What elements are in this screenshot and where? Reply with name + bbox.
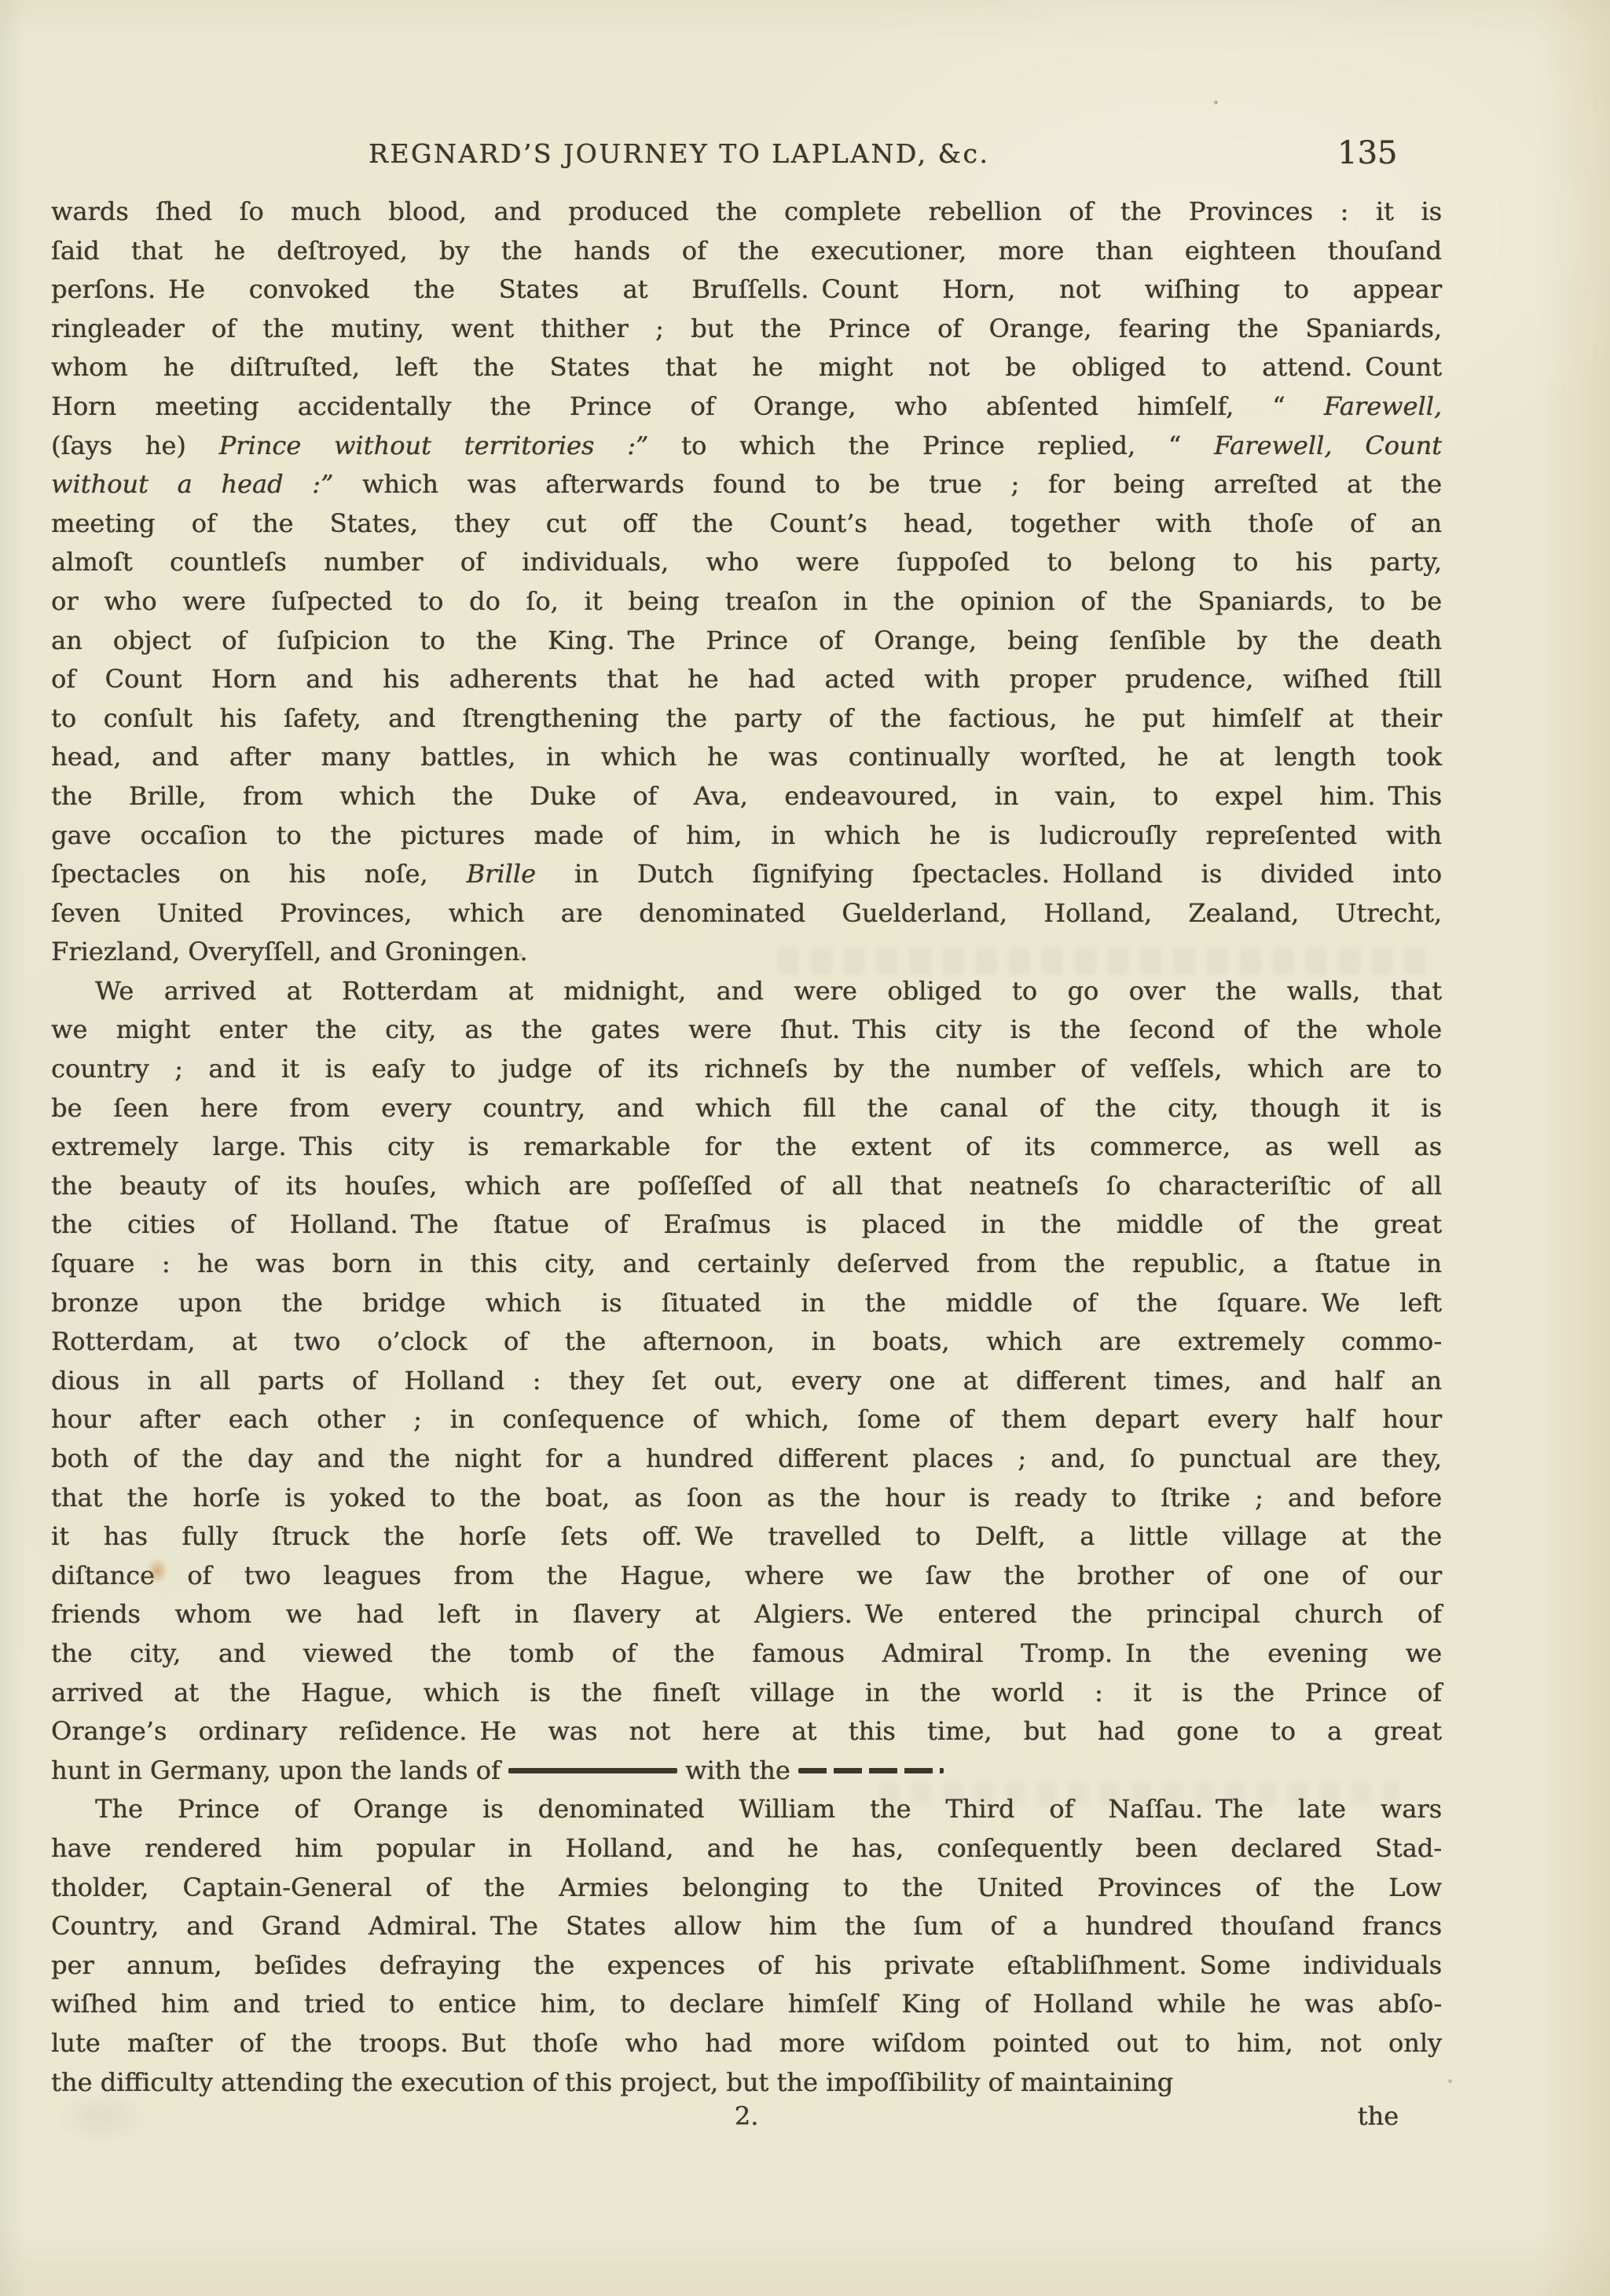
- text-line: almoſt countleſs number of individuals, …: [51, 543, 1442, 582]
- text-line: to conſult his ſafety, and ſtrengthening…: [51, 699, 1442, 739]
- text-run: extremely large. This city is remarkable…: [51, 1131, 1442, 1161]
- text-block: wards ſhed ſo much blood, and produced t…: [51, 193, 1442, 2102]
- text-run: which was afterwards found to be true ; …: [333, 469, 1442, 499]
- text-run: Horn meeting accidentally the Prince of …: [51, 391, 1324, 421]
- italic-text: Farewell, Count: [1214, 431, 1442, 460]
- text-run: Orange’s ordinary reſidence. He was not …: [51, 1716, 1442, 1746]
- text-run: arrived at the Hague, which is the fineſ…: [51, 1678, 1442, 1707]
- text-line: we might enter the city, as the gates we…: [51, 1010, 1442, 1050]
- text-run: to conſult his ſafety, and ſtrengthening…: [51, 703, 1442, 733]
- text-run: lute maſter of the troops. But thoſe who…: [51, 2028, 1442, 2058]
- italic-text: Prince without territories :”: [219, 431, 649, 460]
- text-run: with the: [677, 1755, 798, 1785]
- text-line: Horn meeting accidentally the Prince of …: [51, 387, 1442, 427]
- text-line: extremely large. This city is remarkable…: [51, 1128, 1442, 1167]
- footer-line: 2. the: [51, 2096, 1442, 2136]
- text-line: (ſays he) Prince without territories :” …: [51, 427, 1442, 466]
- text-line: or who were ſuſpected to do ſo, it being…: [51, 582, 1442, 622]
- text-run: hour after each other ; in conſequence o…: [51, 1404, 1442, 1434]
- text-run: have rendered him popular in Holland, an…: [51, 1833, 1442, 1863]
- text-run: wards ſhed ſo much blood, and produced t…: [51, 196, 1442, 226]
- text-line: bronze upon the bridge which is ſituated…: [51, 1284, 1442, 1323]
- text-run: country ; and it is eaſy to judge of its…: [51, 1054, 1442, 1084]
- text-run: ſaid that he deſtroyed, by the hands of …: [51, 236, 1442, 266]
- text-line: meeting of the States, they cut off the …: [51, 504, 1442, 544]
- text-line: arrived at the Hague, which is the fineſ…: [51, 1674, 1442, 1713]
- text-run: dious in all parts of Holland : they ſet…: [51, 1366, 1442, 1396]
- text-line: ſpectacles on his noſe, Brille in Dutch …: [51, 855, 1442, 894]
- text-run: perſons. He convoked the States at Bruſſ…: [51, 274, 1442, 304]
- text-run: The Prince of Orange is denominated Will…: [95, 1794, 1442, 1824]
- text-line: it has fully ſtruck the horſe ſets off. …: [51, 1517, 1442, 1557]
- text-line: that the horſe is yoked to the boat, as …: [51, 1479, 1442, 1518]
- text-run: or who were ſuſpected to do ſo, it being…: [51, 586, 1442, 616]
- text-run: ſeven United Provinces, which are denomi…: [51, 898, 1442, 928]
- text-line: without a head :” which was afterwards f…: [51, 465, 1442, 504]
- text-line: both of the day and the night for a hund…: [51, 1440, 1442, 1479]
- text-run: tholder, Captain-General of the Armies b…: [51, 1872, 1442, 1902]
- text-line: of Count Horn and his adherents that he …: [51, 660, 1442, 699]
- text-run: meeting of the States, they cut off the …: [51, 508, 1442, 538]
- running-head: REGNARD’S JOURNEY TO LAPLAND, &c. 135: [0, 0, 1610, 189]
- catchword: the: [1358, 2096, 1399, 2136]
- text-line: Friezland, Overyſſell, and Groningen.: [51, 933, 1442, 972]
- text-line: an object of ſuſpicion to the King. The …: [51, 622, 1442, 661]
- redaction-dash: [798, 1768, 944, 1773]
- text-line: dious in all parts of Holland : they ſet…: [51, 1362, 1442, 1401]
- text-run: diſtance of two leagues from the Hague, …: [51, 1561, 1442, 1590]
- text-run: of Count Horn and his adherents that he …: [51, 664, 1442, 694]
- text-line: diſtance of two leagues from the Hague, …: [51, 1557, 1442, 1596]
- text-line: ſquare : he was born in this city, and c…: [51, 1245, 1442, 1284]
- text-line: per annum, beſides defraying the expence…: [51, 1946, 1442, 1986]
- text-line: gave occaſion to the pictures made of hi…: [51, 816, 1442, 856]
- page-number: 135: [1337, 135, 1397, 171]
- text-line: wards ſhed ſo much blood, and produced t…: [51, 193, 1442, 232]
- text-run: whom he diſtruſted, left the States that…: [51, 352, 1442, 382]
- text-run: Friezland, Overyſſell, and Groningen.: [51, 937, 527, 966]
- text-run: friends whom we had left in ſlavery at A…: [51, 1599, 1442, 1629]
- text-run: the difficulty attending the execution o…: [51, 2067, 1173, 2097]
- text-line: ſeven United Provinces, which are denomi…: [51, 894, 1442, 933]
- text-run: ſquare : he was born in this city, and c…: [51, 1249, 1442, 1278]
- text-run: both of the day and the night for a hund…: [51, 1443, 1442, 1473]
- text-line: the cities of Holland. The ſtatue of Era…: [51, 1205, 1442, 1245]
- text-run: the cities of Holland. The ſtatue of Era…: [51, 1209, 1442, 1239]
- text-line: have rendered him popular in Holland, an…: [51, 1829, 1442, 1869]
- text-run: ſpectacles on his noſe,: [51, 859, 466, 889]
- text-run: Rotterdam, at two o’clock of the afterno…: [51, 1326, 1442, 1356]
- text-line: wiſhed him and tried to entice him, to d…: [51, 1985, 1442, 2024]
- text-run: gave occaſion to the pictures made of hi…: [51, 820, 1442, 850]
- text-line: hour after each other ; in conſequence o…: [51, 1400, 1442, 1440]
- running-head-title: REGNARD’S JOURNEY TO LAPLAND, &c.: [369, 138, 989, 169]
- text-line: lute maſter of the troops. But thoſe who…: [51, 2024, 1442, 2063]
- text-line: whom he diſtruſted, left the States that…: [51, 348, 1442, 387]
- text-line: Orange’s ordinary reſidence. He was not …: [51, 1712, 1442, 1751]
- text-run: hunt in Germany, upon the lands of: [51, 1755, 508, 1785]
- paper-speck: [1214, 101, 1218, 105]
- text-run: it has fully ſtruck the horſe ſets off. …: [51, 1521, 1442, 1551]
- text-run: (ſays he): [51, 431, 219, 460]
- text-line: the beauty of its houſes, which are poſſ…: [51, 1167, 1442, 1206]
- text-line: the city, and viewed the tomb of the fam…: [51, 1634, 1442, 1674]
- redaction-dash: [508, 1768, 677, 1773]
- text-line: the Brille, from which the Duke of Ava, …: [51, 777, 1442, 816]
- text-line: ſaid that he deſtroyed, by the hands of …: [51, 232, 1442, 271]
- italic-text: Brille: [466, 859, 535, 889]
- text-run: the city, and viewed the tomb of the fam…: [51, 1638, 1442, 1668]
- text-line: country ; and it is eaſy to judge of its…: [51, 1050, 1442, 1089]
- text-line: friends whom we had left in ſlavery at A…: [51, 1595, 1442, 1634]
- text-run: to which the Prince replied, “: [648, 431, 1214, 460]
- text-run: we might enter the city, as the gates we…: [51, 1014, 1442, 1044]
- text-run: We arrived at Rotterdam at midnight, and…: [95, 976, 1442, 1006]
- text-run: the beauty of its houſes, which are poſſ…: [51, 1171, 1442, 1201]
- text-run: head, and after many battles, in which h…: [51, 742, 1442, 772]
- text-line: Rotterdam, at two o’clock of the afterno…: [51, 1322, 1442, 1362]
- text-run: bronze upon the bridge which is ſituated…: [51, 1288, 1442, 1318]
- text-line: ringleader of the mutiny, went thither ;…: [51, 310, 1442, 349]
- text-run: per annum, beſides defraying the expence…: [51, 1950, 1442, 1980]
- italic-text: Farewell,: [1324, 391, 1442, 421]
- text-line: We arrived at Rotterdam at midnight, and…: [51, 972, 1442, 1011]
- text-line: hunt in Germany, upon the lands of with …: [51, 1751, 1442, 1791]
- text-run: that the horſe is yoked to the boat, as …: [51, 1483, 1442, 1513]
- text-line: The Prince of Orange is denominated Will…: [51, 1790, 1442, 1829]
- text-run: ringleader of the mutiny, went thither ;…: [51, 314, 1442, 343]
- text-run: Country, and Grand Admiral. The States a…: [51, 1911, 1442, 1941]
- text-line: perſons. He convoked the States at Bruſſ…: [51, 270, 1442, 310]
- text-line: Country, and Grand Admiral. The States a…: [51, 1907, 1442, 1946]
- italic-text: without a head :”: [51, 469, 333, 499]
- text-line: head, and after many battles, in which h…: [51, 738, 1442, 777]
- text-line: tholder, Captain-General of the Armies b…: [51, 1869, 1442, 1908]
- signature-mark: 2.: [51, 2096, 1442, 2136]
- book-page: REGNARD’S JOURNEY TO LAPLAND, &c. 135 wa…: [0, 0, 1610, 2296]
- text-run: an object of ſuſpicion to the King. The …: [51, 625, 1442, 655]
- text-run: the Brille, from which the Duke of Ava, …: [51, 781, 1442, 811]
- text-run: almoſt countleſs number of individuals, …: [51, 547, 1442, 577]
- text-run: wiſhed him and tried to entice him, to d…: [51, 1989, 1442, 2019]
- text-line: be ſeen here from every country, and whi…: [51, 1089, 1442, 1128]
- text-run: be ſeen here from every country, and whi…: [51, 1093, 1442, 1123]
- text-run: in Dutch ſignifying ſpectacles. Holland …: [536, 859, 1442, 889]
